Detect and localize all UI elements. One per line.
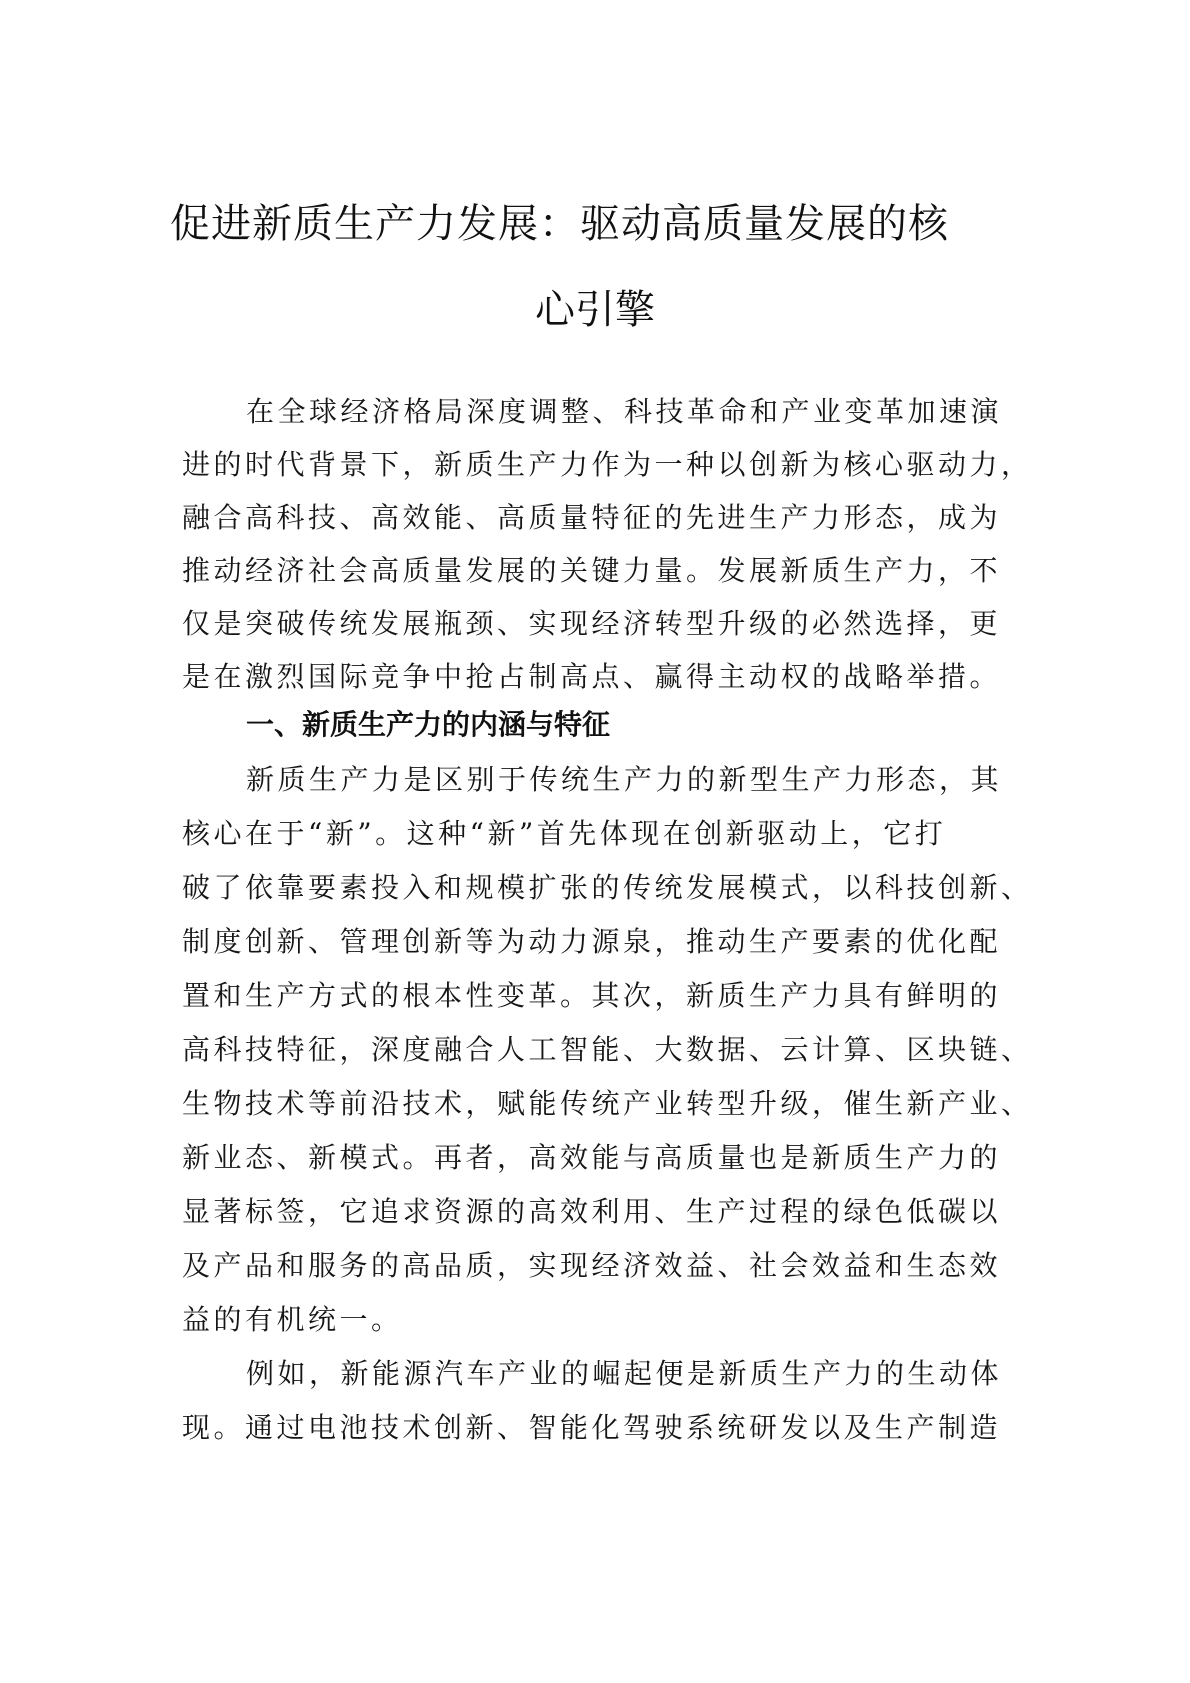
paragraph-3-line-2: 现。通过电池技术创新、智能化驾驶系统研发以及生产制造 bbox=[182, 1412, 1022, 1444]
paragraph-2-line-2: 核心在于“新”。这种“新”首先体现在创新驱动上，它打 bbox=[182, 818, 1022, 850]
paragraph-1-line-2: 进的时代背景下，新质生产力作为一种以创新为核心驱动力， bbox=[182, 449, 1022, 481]
paragraph-1-line-5: 仅是突破传统发展瓶颈、实现经济转型升级的必然选择，更 bbox=[182, 608, 1022, 640]
section-heading-1: 一、新质生产力的内涵与特征 bbox=[246, 709, 610, 741]
paragraph-2-line-1: 新质生产力是区别于传统生产力的新型生产力形态，其 bbox=[246, 764, 1086, 796]
paragraph-2-line-3: 破了依靠要素投入和规模扩张的传统发展模式，以科技创新、 bbox=[182, 872, 1022, 904]
paragraph-2-line-4: 制度创新、管理创新等为动力源泉，推动生产要素的优化配 bbox=[182, 926, 1022, 958]
paragraph-2-line-5: 置和生产方式的根本性变革。其次，新质生产力具有鲜明的 bbox=[182, 980, 1022, 1012]
paragraph-1-line-3: 融合高科技、高效能、高质量特征的先进生产力形态，成为 bbox=[182, 502, 1022, 534]
paragraph-1-line-4: 推动经济社会高质量发展的关键力量。发展新质生产力，不 bbox=[182, 555, 1022, 587]
document-title-line-2: 心引擎 bbox=[170, 290, 1020, 330]
paragraph-2-line-10: 及产品和服务的高品质，实现经济效益、社会效益和生态效 bbox=[182, 1250, 1022, 1282]
paragraph-2-line-11: 益的有机统一。 bbox=[182, 1304, 1022, 1336]
paragraph-2-line-8: 新业态、新模式。再者，高效能与高质量也是新质生产力的 bbox=[182, 1142, 1022, 1174]
document-title-line-1: 促进新质生产力发展：驱动高质量发展的核 bbox=[170, 204, 1020, 244]
paragraph-2-line-6: 高科技特征，深度融合人工智能、大数据、云计算、区块链、 bbox=[182, 1034, 1022, 1066]
paragraph-2-line-7: 生物技术等前沿技术，赋能传统产业转型升级，催生新产业、 bbox=[182, 1088, 1022, 1120]
document-page: 促进新质生产力发展：驱动高质量发展的核 心引擎 在全球经济格局深度调整、科技革命… bbox=[0, 0, 1190, 1683]
paragraph-1-line-6: 是在激烈国际竞争中抢占制高点、赢得主动权的战略举措。 bbox=[182, 661, 1022, 693]
paragraph-1-line-1: 在全球经济格局深度调整、科技革命和产业变革加速演 bbox=[246, 396, 1086, 428]
paragraph-2-line-9: 显著标签，它追求资源的高效利用、生产过程的绿色低碳以 bbox=[182, 1196, 1022, 1228]
paragraph-3-line-1: 例如，新能源汽车产业的崛起便是新质生产力的生动体 bbox=[246, 1358, 1086, 1390]
